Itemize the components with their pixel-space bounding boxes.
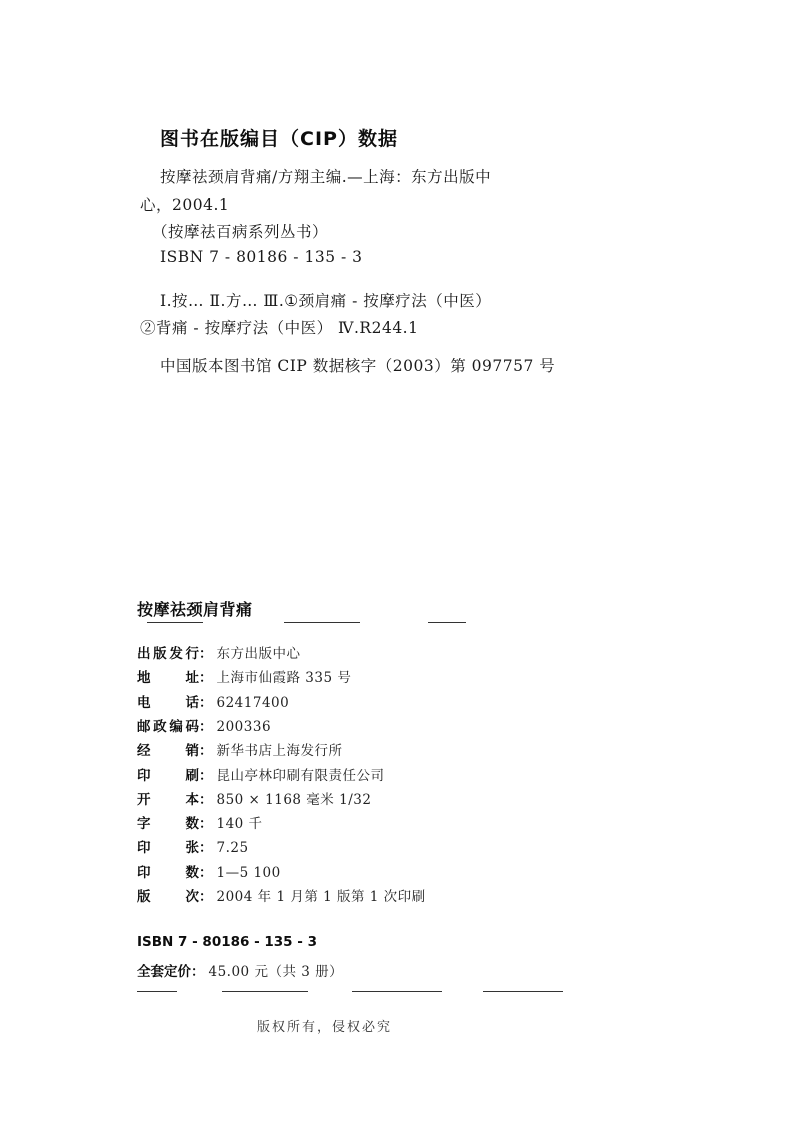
imprint-row: 地址：上海市仙霞路 335 号	[137, 666, 351, 686]
imprint-value: 140 千	[217, 812, 263, 832]
imprint-price-row: 全套定价 ： 45.00 元（共 3 册）	[137, 960, 343, 980]
imprint-row: 出版发行：东方出版中心	[137, 642, 301, 662]
divider-rule	[284, 622, 360, 623]
cip-line-isbn: ISBN 7 - 80186 - 135 - 3	[160, 248, 363, 266]
cip-line-series: （按摩祛百病系列丛书）	[152, 220, 328, 242]
imprint-value: 昆山亭林印刷有限责任公司	[217, 764, 385, 784]
imprint-row: 印张：7.25	[137, 836, 249, 856]
cip-line-publisher-date: 心，2004.1	[140, 193, 229, 215]
imprint-value: 62417400	[217, 695, 290, 711]
imprint-value: 东方出版中心	[217, 642, 301, 662]
imprint-value: 1—5 100	[217, 865, 281, 881]
imprint-label: 地址	[137, 666, 199, 686]
imprint-label: 版次	[137, 885, 199, 905]
imprint-label: 印刷	[137, 764, 199, 784]
imprint-isbn: ISBN 7 - 80186 - 135 - 3	[137, 934, 317, 950]
imprint-value: 2004 年 1 月第 1 版第 1 次印刷	[217, 885, 426, 905]
divider-rule	[428, 622, 466, 623]
imprint-row: 印刷：昆山亭林印刷有限责任公司	[137, 764, 385, 784]
copyright-notice: 版权所有，侵权必究	[257, 1016, 392, 1035]
price-value: 45.00 元（共 3 册）	[209, 960, 344, 980]
imprint-row: 开本：850 × 1168 毫米 1/32	[137, 788, 371, 808]
divider-rule	[137, 991, 177, 992]
imprint-value: 新华书店上海发行所	[217, 739, 343, 759]
imprint-row: 字数：140 千	[137, 812, 263, 832]
divider-rule	[483, 991, 563, 992]
imprint-value: 200336	[217, 719, 272, 735]
cip-line-title-author: 按摩祛颈肩背痛/方翔主编.—上海：东方出版中	[160, 165, 491, 187]
imprint-value: 850 × 1168 毫米 1/32	[217, 788, 372, 808]
cip-line-record-number: 中国版本图书馆 CIP 数据核字（2003）第 097757 号	[160, 354, 555, 376]
imprint-label: 经销	[137, 739, 199, 759]
cip-title: 图书在版编目（CIP）数据	[160, 124, 398, 151]
divider-rule	[147, 622, 203, 623]
book-title: 按摩祛颈肩背痛	[137, 597, 253, 620]
imprint-value: 7.25	[217, 840, 249, 856]
imprint-row: 印数：1—5 100	[137, 861, 281, 881]
imprint-row: 版次：2004 年 1 月第 1 版第 1 次印刷	[137, 885, 426, 905]
imprint-row: 电话：62417400	[137, 691, 289, 711]
cip-line-subjects: Ⅰ.按… Ⅱ.方… Ⅲ.①颈肩痛 - 按摩疗法（中医）	[160, 289, 491, 311]
cip-line-subjects-cont: ②背痛 - 按摩疗法（中医） Ⅳ.R244.1	[140, 316, 418, 338]
imprint-label: 邮政编码	[137, 715, 199, 735]
imprint-label: 印张	[137, 836, 199, 856]
divider-rule	[222, 991, 308, 992]
imprint-label: 出版发行	[137, 642, 199, 662]
price-label: 全套定价	[137, 960, 191, 980]
imprint-row: 邮政编码：200336	[137, 715, 271, 735]
imprint-label: 开本	[137, 788, 199, 808]
imprint-label: 字数	[137, 812, 199, 832]
imprint-row: 经销：新华书店上海发行所	[137, 739, 343, 759]
imprint-label: 印数	[137, 861, 199, 881]
imprint-label: 电话	[137, 691, 199, 711]
imprint-value: 上海市仙霞路 335 号	[217, 666, 352, 686]
divider-rule	[352, 991, 442, 992]
